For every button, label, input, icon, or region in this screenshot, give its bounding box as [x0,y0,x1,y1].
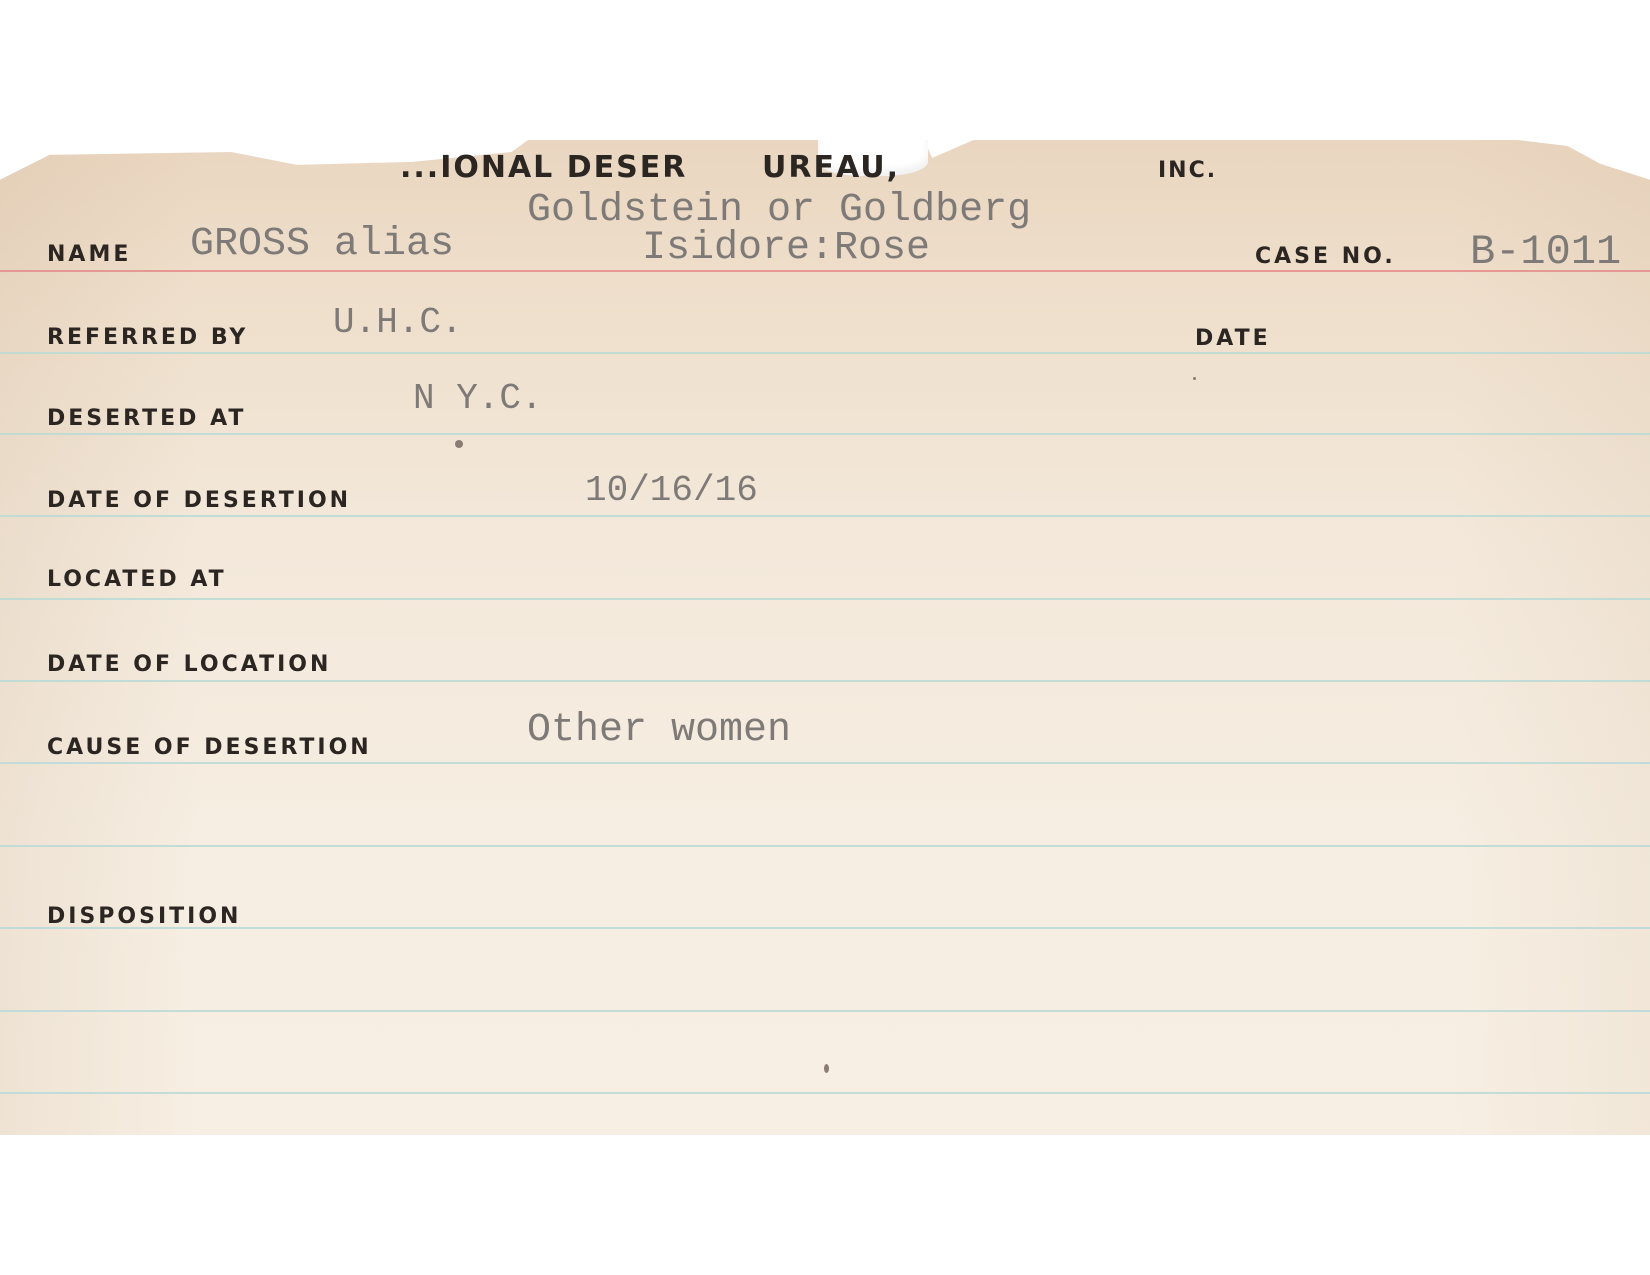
deserted-at-value: N Y.C. [413,378,543,419]
blue-rule-line [0,927,1650,929]
referred-by-value: U.H.C. [333,302,463,343]
date-label: DATE [1195,326,1271,351]
ink-speck [1193,377,1196,380]
disposition-label: DISPOSITION [47,904,241,929]
ink-speck [824,1064,829,1073]
blue-rule-line [0,680,1650,682]
date-of-desertion-label: DATE OF DESERTION [47,488,351,513]
ink-speck [455,440,463,448]
blue-rule-line [0,845,1650,847]
name-alias-line2: Isidore:Rose [642,226,930,271]
located-at-label: LOCATED AT [47,567,227,592]
blue-rule-line [0,598,1650,600]
case-no-value: B-1011 [1470,228,1621,276]
date-of-location-label: DATE OF LOCATION [47,652,331,677]
blue-rule-line [0,1010,1650,1012]
deserted-at-label: DESERTED AT [47,406,246,431]
name-value: GROSS alias [190,222,454,267]
cause-of-desertion-value: Other women [527,708,791,753]
blue-rule-line [0,762,1650,764]
blue-rule-line [0,433,1650,435]
blue-rule-line [0,1092,1650,1094]
cause-of-desertion-label: CAUSE OF DESERTION [47,735,372,760]
case-no-label: CASE NO. [1255,244,1396,269]
name-label: NAME [47,242,131,267]
index-card [0,140,1650,1135]
referred-by-label: REFERRED BY [47,325,248,350]
card-header-title: ...IONAL DESER UREAU, [400,150,900,185]
blue-rule-line [0,515,1650,517]
card-header-suffix: INC. [1158,158,1217,183]
blue-rule-line [0,352,1650,354]
date-of-desertion-value: 10/16/16 [585,470,758,511]
